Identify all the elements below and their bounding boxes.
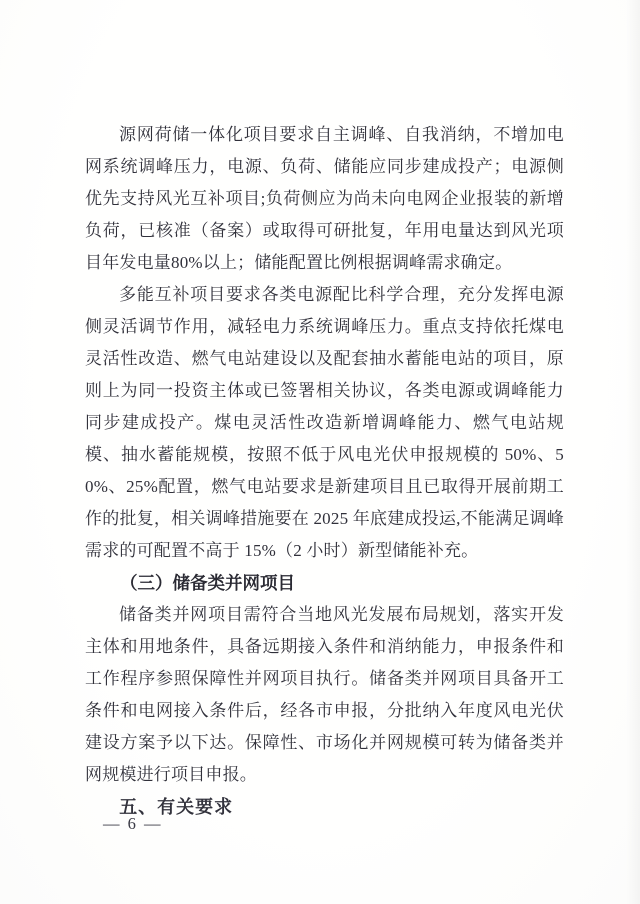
page-number: — 6 —: [103, 812, 163, 836]
document-text-block: 源网荷储一体化项目要求自主调峰、自我消纳，不增加电网系统调峰压力，电源、负荷、储…: [85, 119, 564, 823]
body-paragraph-source-grid-load-storage: 源网荷储一体化项目要求自主调峰、自我消纳，不增加电网系统调峰压力，电源、负荷、储…: [85, 119, 564, 279]
body-paragraph-multi-energy-complementary: 多能互补项目要求各类电源配比科学合理，充分发挥电源侧灵活调节作用，减轻电力系统调…: [85, 279, 564, 567]
scanned-document-page: 源网荷储一体化项目要求自主调峰、自我消纳，不增加电网系统调峰压力，电源、负荷、储…: [0, 0, 640, 904]
body-paragraph-reserve-grid-projects: 储备类并网项目需符合当地风光发展布局规划，落实开发主体和用地条件，具备远期接入条…: [85, 599, 564, 791]
subheading-reserve-grid-projects: （三）储备类并网项目: [85, 567, 564, 599]
